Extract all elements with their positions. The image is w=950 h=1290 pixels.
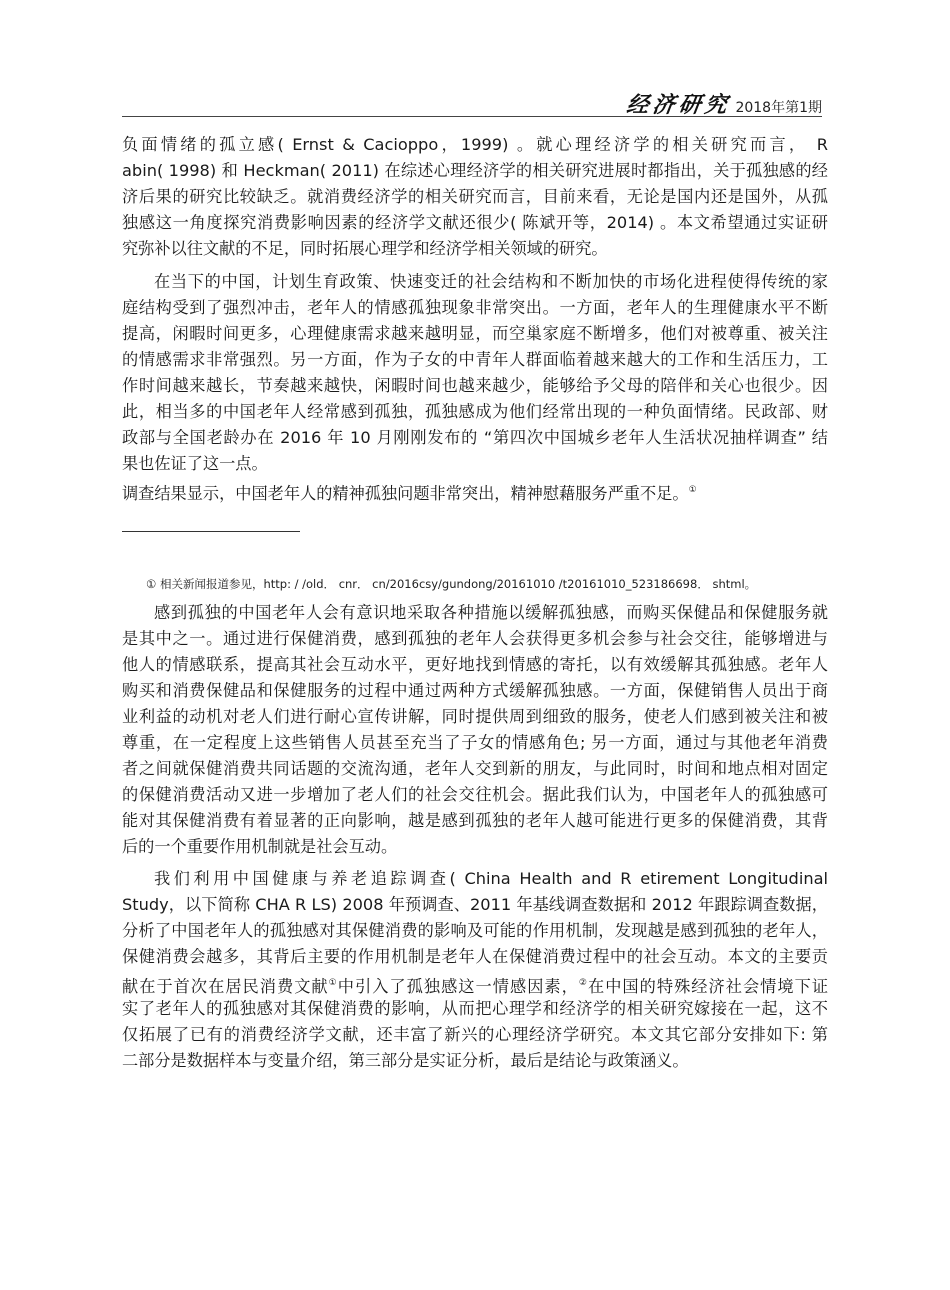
text-line: 业利益的动机对老人们进行耐心宣传讲解，同时提供周到细致的服务，使老人们感到被关注… — [122, 704, 828, 730]
text-line: 调查结果显示，中国老年人的精神孤独问题非常突出，精神慰藉服务严重不足。① — [122, 477, 828, 503]
text-line: 二部分是数据样本与变量介绍，第三部分是实证分析，最后是结论与政策涵义。 — [122, 1048, 828, 1074]
text-line: 济后果的研究比较缺乏。就消费经济学的相关研究而言，目前来看，无论是国内还是国外，… — [122, 184, 828, 210]
text-line: 保健消费会越多，其背后主要的作用机制是老年人在保健消费过程中的社会互动。本文的主… — [122, 944, 828, 970]
text-line: 我们利用中国健康与养老追踪调查( China Health and R etir… — [122, 866, 828, 892]
text-line: 作时间越来越长，节奏越来越快，闲暇时间也越来越少，能够给予父母的陪伴和关心也很少… — [122, 373, 828, 399]
text-line: 感到孤独的中国老年人会有意识地采取各种措施以缓解孤独感，而购买保健品和保健服务就 — [122, 600, 828, 626]
footnote-ref[interactable]: ① — [689, 485, 697, 495]
text-line: 果也佐证了这一点。 — [122, 451, 828, 477]
text-line: 独感这一角度探究消费影响因素的经济学文献还很少( 陈斌开等，2014) 。本文希… — [122, 210, 828, 236]
paragraph-3: 感到孤独的中国老年人会有意识地采取各种措施以缓解孤独感，而购买保健品和保健服务就… — [122, 600, 828, 860]
text-line: 尊重，在一定程度上这些销售人员甚至充当了子女的情感角色; 另一方面，通过与其他老… — [122, 730, 828, 756]
footnote-divider — [122, 531, 300, 532]
survey-result-text: 调查结果显示，中国老年人的精神孤独问题非常突出，精神慰藉服务严重不足。 — [122, 484, 689, 503]
text-line: 此，相当多的中国老年人经常感到孤独，孤独感成为他们经常出现的一种负面情绪。民政部… — [122, 399, 828, 425]
text-line: 政部与全国老龄办在 2016 年 10 月刚刚发布的 “第四次中国城乡老年人生活… — [122, 425, 828, 451]
footnote-ref[interactable]: ② — [579, 978, 588, 988]
journal-logo: 经济研究 — [625, 88, 733, 119]
running-header: 经济研究 2018年第1期 — [122, 88, 822, 117]
footnote: ① 相关新闻报道参见，http: / /old． cnr． cn/2016csy… — [146, 576, 756, 592]
text-line: 后的一个重要作用机制就是社会互动。 — [122, 834, 828, 860]
text-span: 中引入了孤独感这一情感因素， — [338, 977, 579, 996]
text-line: 在当下的中国，计划生育政策、快速变迁的社会结构和不断加快的市场化进程使得传统的家 — [122, 269, 828, 295]
article-body-continued: 感到孤独的中国老年人会有意识地采取各种措施以缓解孤独感，而购买保健品和保健服务就… — [122, 600, 828, 1074]
text-line: 能对其保健消费有着显著的正向影响，越是感到孤独的老年人越可能进行更多的保健消费，… — [122, 808, 828, 834]
text-line: 献在于首次在居民消费文献①中引入了孤独感这一情感因素，②在中国的特殊经济社会情境… — [122, 970, 828, 996]
text-span: 献在于首次在居民消费文献 — [122, 977, 329, 996]
text-line: 负面情绪的孤立感( Ernst & Cacioppo，1999) 。就心理经济学… — [122, 132, 828, 158]
text-line: 仅拓展了已有的消费经济学文献，还丰富了新兴的心理经济学研究。本文其它部分安排如下… — [122, 1022, 828, 1048]
issue-label: 2018年第1期 — [735, 97, 822, 117]
text-line: 是其中之一。通过进行保健消费，感到孤独的老年人会获得更多机会参与社会交往，能够增… — [122, 626, 828, 652]
article-body: 负面情绪的孤立感( Ernst & Cacioppo，1999) 。就心理经济学… — [122, 132, 828, 503]
text-line: 的情感需求非常强烈。另一方面，作为子女的中青年人群面临着越来越大的工作和生活压力… — [122, 347, 828, 373]
journal-masthead: 经济研究 2018年第1期 — [627, 88, 822, 119]
text-line: abin( 1998) 和 Heckman( 2011) 在综述心理经济学的相关… — [122, 158, 828, 184]
text-line: 实了老年人的孤独感对其保健消费的影响，从而把心理学和经济学的相关研究嫁接在一起，… — [122, 996, 828, 1022]
text-line: 究弥补以往文献的不足，同时拓展心理学和经济学相关领域的研究。 — [122, 236, 828, 262]
text-line: 提高，闲暇时间更多，心理健康需求越来越明显，而空巢家庭不断增多，他们对被尊重、被… — [122, 321, 828, 347]
text-line: Study，以下简称 CHA R LS) 2008 年预调查、2011 年基线调… — [122, 892, 828, 918]
text-line: 分析了中国老年人的孤独感对其保健消费的影响及可能的作用机制，发现越是感到孤独的老… — [122, 918, 828, 944]
text-line: 购买和消费保健品和保健服务的过程中通过两种方式缓解孤独感。一方面，保健销售人员出… — [122, 678, 828, 704]
text-span: 在中国的特殊经济社会情境下证 — [588, 977, 828, 996]
text-line: 者之间就保健消费共同话题的交流沟通，老年人交到新的朋友，与此同时，时间和地点相对… — [122, 756, 828, 782]
paragraph-2: 在当下的中国，计划生育政策、快速变迁的社会结构和不断加快的市场化进程使得传统的家… — [122, 269, 828, 503]
paragraph-4: 我们利用中国健康与养老追踪调查( China Health and R etir… — [122, 866, 828, 1074]
paragraph-1: 负面情绪的孤立感( Ernst & Cacioppo，1999) 。就心理经济学… — [122, 132, 828, 262]
text-line: 他人的情感联系，提高其社会互动水平，更好地找到情感的寄托，以有效缓解其孤独感。老… — [122, 652, 828, 678]
footnote-ref[interactable]: ① — [329, 978, 338, 988]
text-line: 庭结构受到了强烈冲击，老年人的情感孤独现象非常突出。一方面，老年人的生理健康水平… — [122, 295, 828, 321]
text-line: 的保健消费活动又进一步增加了老人们的社会交往机会。据此我们认为，中国老年人的孤独… — [122, 782, 828, 808]
